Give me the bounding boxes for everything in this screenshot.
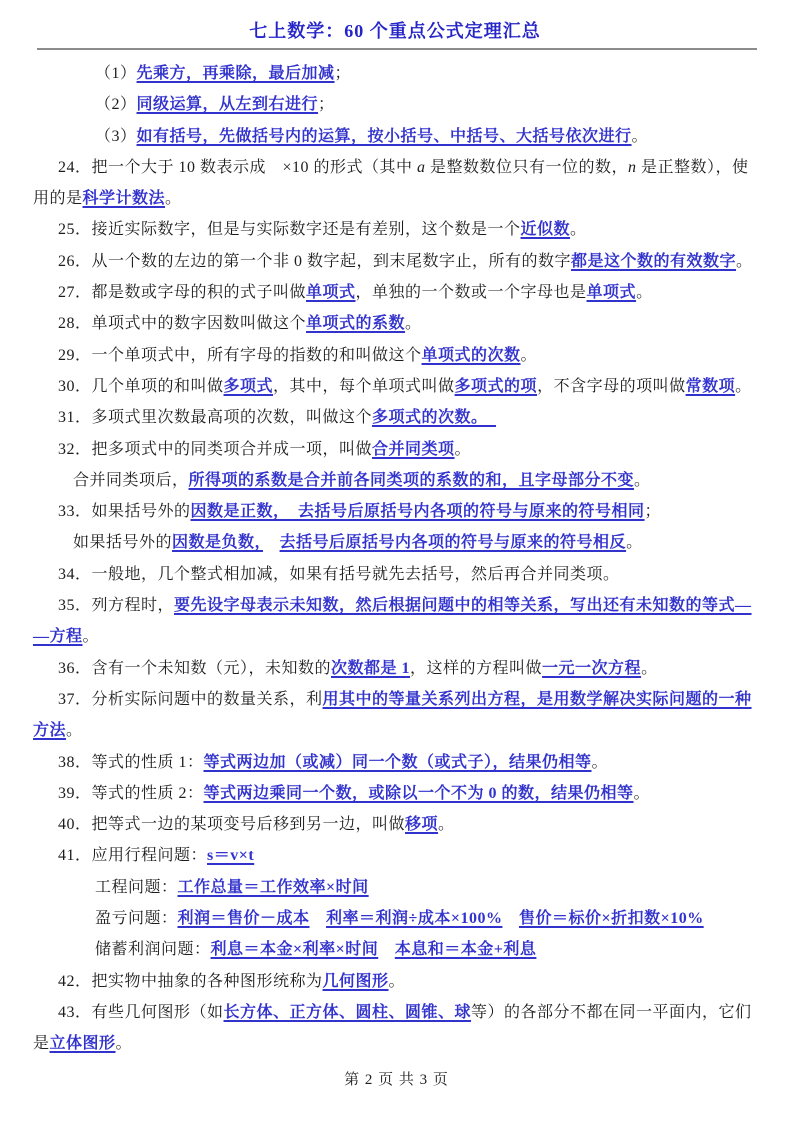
document-line: 合并同类项后，所得项的系数是合并前各同类项的系数的和，且字母部分不变。	[33, 465, 757, 496]
text-segment: 工程问题：	[95, 879, 178, 896]
document-line: 方法。	[33, 715, 757, 746]
highlighted-term: 如有括号，先做括号内的运算，按小括号、中括号、大括号依次进行	[137, 128, 632, 145]
text-segment: 。	[438, 816, 455, 833]
text-segment: 32．把多项式中的同类项合并成一项，叫做	[58, 441, 372, 458]
document-line: 27．都是数或字母的积的式子叫做单项式，单独的一个数或一个字母也是单项式。	[33, 277, 757, 308]
text-segment: 30．几个单项的和叫做	[58, 378, 224, 395]
highlighted-term: 单项式的系数	[306, 315, 405, 332]
document-line: 33．如果括号外的因数是正数， 去括号后原括号内各项的符号与原来的符号相同；	[33, 496, 757, 527]
text-segment: （2）	[95, 96, 137, 113]
document-line: 39．等式的性质 2：等式两边乘同一个数，或除以一个不为 0 的数，结果仍相等。	[33, 778, 757, 809]
highlighted-term: 移项	[405, 816, 438, 833]
text-segment: 。	[521, 347, 538, 364]
text-segment: 。	[165, 190, 182, 207]
highlighted-term: 因数是负数，	[172, 534, 263, 551]
text-segment: 28．单项式中的数字因数叫做这个	[58, 315, 306, 332]
highlighted-term: 去括号后原括号内各项的符号与原来的符号相反	[280, 534, 627, 551]
document-line: 42．把实物中抽象的各种图形统称为几何图形。	[33, 966, 757, 997]
document-line: 30．几个单项的和叫做多项式，其中，每个单项式叫做多项式的项，不含字母的项叫做常…	[33, 371, 757, 402]
text-segment: 31．多项式里次数最高项的次数，叫做这个	[58, 409, 372, 426]
highlighted-term: s＝v×t	[207, 847, 254, 864]
text-segment: 26．从一个数的左边的第一个非 0 数字起，到末尾数字止，所有的数字	[58, 253, 571, 270]
document-line: （1）先乘方，再乘除，最后加减；	[33, 58, 757, 89]
document-line: （2）同级运算，从左到右进行；	[33, 89, 757, 120]
document-line: 26．从一个数的左边的第一个非 0 数字起，到末尾数字止，所有的数字都是这个数的…	[33, 246, 757, 277]
text-segment: ，这样的方程叫做	[410, 660, 542, 677]
highlighted-term: 单项式	[306, 284, 356, 301]
text-segment: 。	[592, 754, 609, 771]
spacer-segment	[378, 941, 395, 958]
highlighted-term: 工作总量＝工作效率×时间	[178, 879, 369, 896]
highlighted-term: 几何图形	[323, 973, 389, 990]
spacer-segment	[263, 534, 280, 551]
text-segment: 储蓄利润问题：	[95, 941, 211, 958]
text-segment: 如果括号外的	[73, 534, 172, 551]
page-title: 七上数学：60 个重点公式定理汇总	[33, 18, 757, 44]
highlighted-term: 近似数	[521, 221, 571, 238]
highlighted-term: 利率＝利润÷成本×100%	[326, 910, 502, 927]
text-segment: ；	[645, 503, 662, 520]
text-segment: 。	[632, 128, 649, 145]
highlighted-term: 一元一次方程	[542, 660, 641, 677]
text-segment: 。	[405, 315, 422, 332]
document-line: 29．一个单项式中，所有字母的指数的和叫做这个单项式的次数。	[33, 340, 757, 371]
text-segment: 35．列方程时，	[58, 597, 174, 614]
text-segment: 。	[641, 660, 658, 677]
highlighted-term: —方程	[33, 628, 83, 645]
highlighted-term: 利润＝售价－成本	[178, 910, 310, 927]
document-line: 25．接近实际数字，但是与实际数字还是有差别，这个数是一个近似数。	[33, 214, 757, 245]
highlighted-term: 利息＝本金×利率×时间	[211, 941, 379, 958]
text-segment: 。	[66, 722, 83, 739]
highlighted-term: 因数是正数， 去括号后原括号内各项的符号与原来的符号相同	[191, 503, 645, 520]
text-segment: 。	[636, 284, 653, 301]
page-number-indicator: 第 2 页 共 3 页	[0, 1068, 793, 1089]
highlighted-term: 同级运算，从左到右进行	[137, 96, 319, 113]
text-segment: 33．如果括号外的	[58, 503, 191, 520]
document-line: 盈亏问题：利润＝售价－成本 利率＝利润÷成本×100% 售价＝标价×折扣数×10…	[33, 903, 757, 934]
text-segment: 。	[83, 628, 100, 645]
text-segment: 。	[736, 253, 753, 270]
spacer-segment	[502, 910, 519, 927]
document-line: 31．多项式里次数最高项的次数，叫做这个多项式的次数。	[33, 402, 757, 433]
text-segment: 是正整数），使	[637, 159, 749, 176]
text-segment: 盈亏问题：	[95, 910, 178, 927]
highlighted-term: 本息和＝本金+利息	[395, 941, 537, 958]
highlighted-term: 等式两边乘同一个数，或除以一个不为 0 的数，结果仍相等	[204, 785, 634, 802]
document-line: 43．有些几何图形（如长方体、正方体、圆柱、圆锥、球等）的各部分不都在同一平面内…	[33, 997, 757, 1028]
document-line: 36．含有一个未知数（元），未知数的次数都是 1，这样的方程叫做一元一次方程。	[33, 653, 757, 684]
text-segment: 37．分析实际问题中的数量关系，利	[58, 691, 323, 708]
document-line: 38．等式的性质 1：等式两边加（或减）同一个数（或式子），结果仍相等。	[33, 747, 757, 778]
math-variable: n	[628, 159, 637, 176]
text-segment: 36．含有一个未知数（元），未知数的	[58, 660, 331, 677]
highlighted-term: 多项式的项	[455, 378, 538, 395]
text-segment: 34．一般地，几个整式相加减，如果有括号就先去括号，然后再合并同类项。	[58, 566, 620, 583]
highlighted-term: 单项式的次数	[422, 347, 521, 364]
header-divider	[37, 48, 757, 50]
text-segment: 25．接近实际数字，但是与实际数字还是有差别，这个数是一个	[58, 221, 521, 238]
document-line: 工程问题：工作总量＝工作效率×时间	[33, 872, 757, 903]
text-segment: ；	[335, 65, 352, 82]
document-line: （3）如有括号，先做括号内的运算，按小括号、中括号、大括号依次进行。	[33, 121, 757, 152]
text-segment: ，单独的一个数或一个字母也是	[356, 284, 587, 301]
document-line: 37．分析实际问题中的数量关系，利用其中的等量关系列出方程，是用数学解决实际问题…	[33, 684, 757, 715]
text-segment: 29．一个单项式中，所有字母的指数的和叫做这个	[58, 347, 422, 364]
text-segment: 等）的各部分不都在同一平面内，它们	[471, 1004, 752, 1021]
document-line: 是立体图形。	[33, 1028, 757, 1059]
text-segment: （3）	[95, 128, 137, 145]
document-body: （1）先乘方，再乘除，最后加减；（2）同级运算，从左到右进行；（3）如有括号，先…	[33, 58, 757, 1060]
text-segment: 用的是	[33, 190, 83, 207]
text-segment: 是	[33, 1035, 50, 1052]
highlighted-term: 售价＝标价×折扣数×10%	[519, 910, 704, 927]
document-line: 35．列方程时，要先设字母表示未知数，然后根据问题中的相等关系，写出还有未知数的…	[33, 590, 757, 621]
highlighted-term: 用其中的等量关系列出方程，是用数学解决实际问题的一种	[323, 691, 752, 708]
highlighted-term: 多项式	[224, 378, 274, 395]
document-line: 34．一般地，几个整式相加减，如果有括号就先去括号，然后再合并同类项。	[33, 559, 757, 590]
text-segment: 。	[455, 441, 472, 458]
highlighted-term: 要先设字母表示未知数，然后根据问题中的相等关系，写出还有未知数的等式—	[174, 597, 752, 614]
highlighted-term: 科学计数法	[83, 190, 166, 207]
text-segment: （1）	[95, 65, 137, 82]
highlighted-term: 合并同类项	[372, 441, 455, 458]
highlighted-term: 立体图形	[50, 1035, 116, 1052]
text-segment: ，不含字母的项叫做	[537, 378, 686, 395]
highlighted-term: 先乘方，再乘除，最后加减	[137, 65, 335, 82]
text-segment: 。	[570, 221, 587, 238]
highlighted-term: 单项式	[587, 284, 637, 301]
text-segment: 是整数数位只有一位的数，	[426, 159, 629, 176]
document-page: 七上数学：60 个重点公式定理汇总 （1）先乘方，再乘除，最后加减；（2）同级运…	[0, 0, 793, 1122]
math-variable: a	[417, 159, 426, 176]
highlighted-term: 多项式的次数。	[372, 409, 496, 426]
document-line: 用的是科学计数法。	[33, 183, 757, 214]
text-segment: 43．有些几何图形（如	[58, 1004, 224, 1021]
text-segment: ，其中，每个单项式叫做	[273, 378, 455, 395]
text-segment: 39．等式的性质 2：	[58, 785, 204, 802]
text-segment: 27．都是数或字母的积的式子叫做	[58, 284, 306, 301]
text-segment: 24．把一个大于 10 数表示成 ×10 的形式（其中	[58, 159, 417, 176]
text-segment: 。	[389, 973, 406, 990]
highlighted-term: 次数都是 1	[331, 660, 410, 677]
highlighted-term: 常数项	[686, 378, 736, 395]
text-segment: 。	[735, 378, 752, 395]
text-segment: 41．应用行程问题：	[58, 847, 207, 864]
document-line: 24．把一个大于 10 数表示成 ×10 的形式（其中 a 是整数数位只有一位的…	[33, 152, 757, 183]
highlighted-term: 所得项的系数是合并前各同类项的系数的和，且字母部分不变	[189, 472, 635, 489]
highlighted-term: 长方体、正方体、圆柱、圆锥、球	[224, 1004, 472, 1021]
highlighted-term: 等式两边加（或减）同一个数（或式子），结果仍相等	[204, 754, 592, 771]
text-segment: 。	[116, 1035, 133, 1052]
text-segment: 。	[634, 785, 651, 802]
document-line: 41．应用行程问题：s＝v×t	[33, 840, 757, 871]
text-segment: 合并同类项后，	[73, 472, 189, 489]
text-segment: ；	[318, 96, 335, 113]
spacer-segment	[310, 910, 327, 927]
document-line: 如果括号外的因数是负数， 去括号后原括号内各项的符号与原来的符号相反。	[33, 527, 757, 558]
text-segment: 。	[634, 472, 651, 489]
document-line: 32．把多项式中的同类项合并成一项，叫做合并同类项。	[33, 434, 757, 465]
text-segment: 。	[626, 534, 643, 551]
document-line: 28．单项式中的数字因数叫做这个单项式的系数。	[33, 308, 757, 339]
document-line: —方程。	[33, 621, 757, 652]
highlighted-term: 方法	[33, 722, 66, 739]
text-segment: 40．把等式一边的某项变号后移到另一边，叫做	[58, 816, 405, 833]
document-line: 储蓄利润问题：利息＝本金×利率×时间 本息和＝本金+利息	[33, 934, 757, 965]
text-segment: 38．等式的性质 1：	[58, 754, 204, 771]
text-segment: 42．把实物中抽象的各种图形统称为	[58, 973, 323, 990]
document-line: 40．把等式一边的某项变号后移到另一边，叫做移项。	[33, 809, 757, 840]
highlighted-term: 都是这个数的有效数字	[571, 253, 736, 270]
